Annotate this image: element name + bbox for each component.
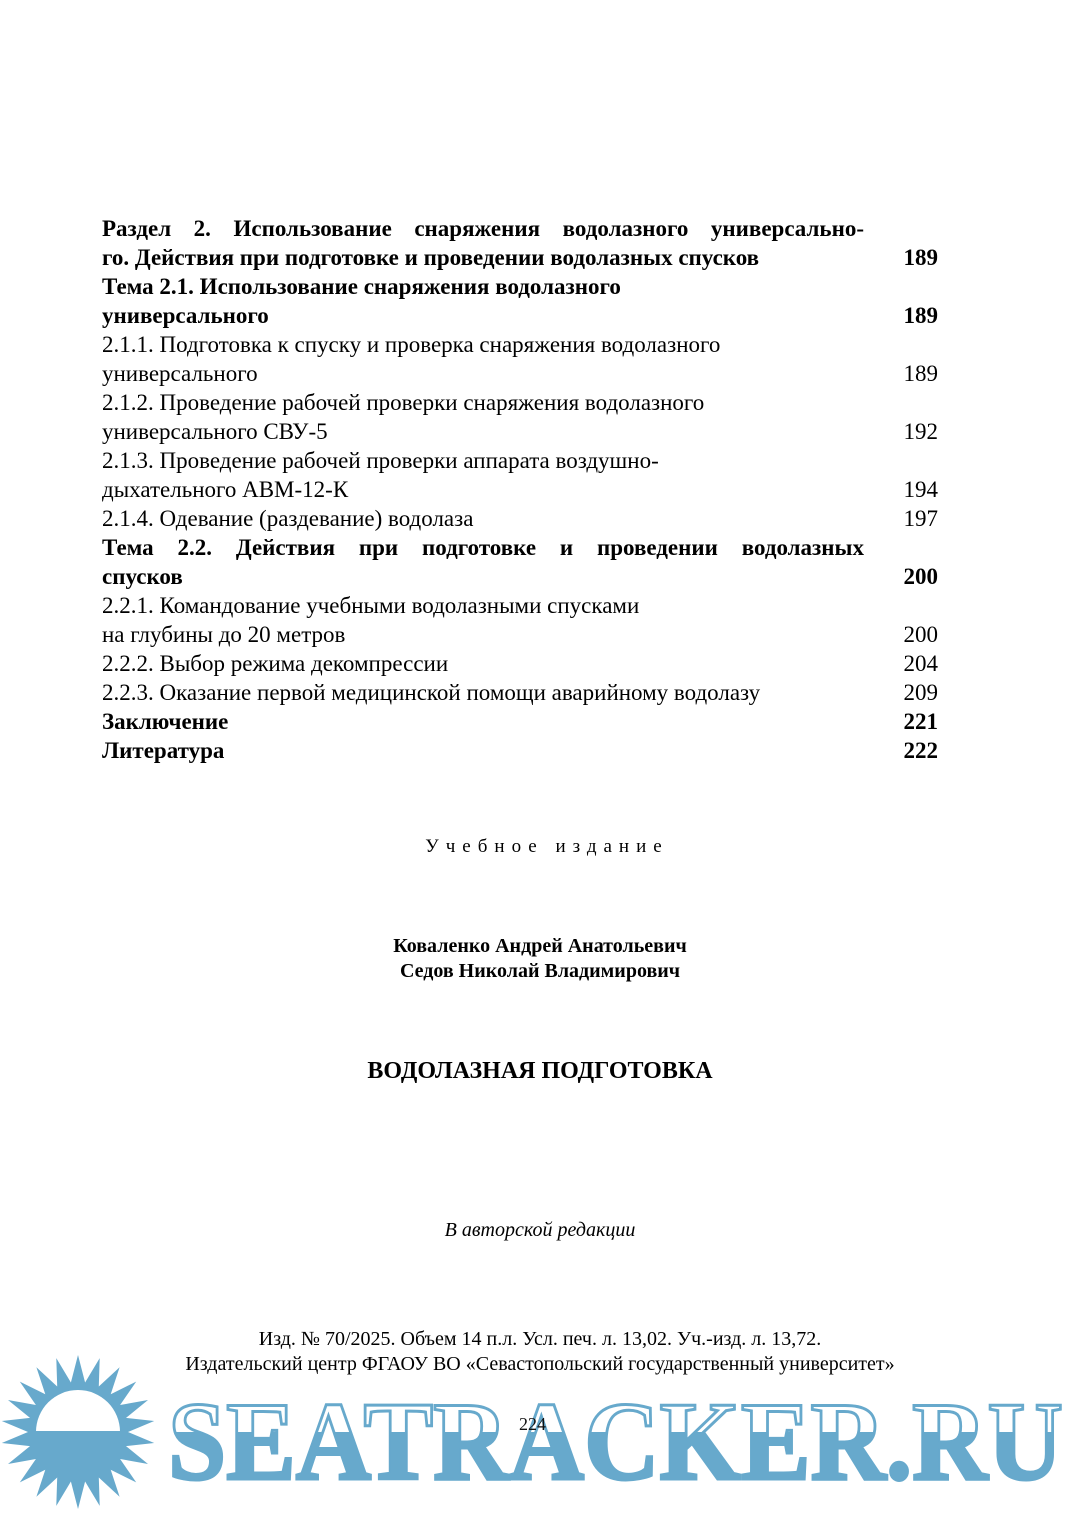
toc-entry: 2.1.1. Подготовка к спуску и проверка сн…	[102, 330, 938, 388]
toc-entry-line: Тема 2.2. Действия при подготовке и пров…	[102, 533, 864, 562]
edition-type: Учебное издание	[0, 836, 1080, 858]
toc-entry-title: 2.2.1. Командование учебными водолазными…	[102, 591, 864, 649]
toc-entry-line: 2.2.3. Оказание первой медицинской помощ…	[102, 678, 864, 707]
toc-entry: Литература222	[102, 736, 938, 765]
toc-entry-line: универсального	[102, 359, 864, 388]
svg-text:SEATRACKER.RU: SEATRACKER.RU	[168, 1380, 1063, 1504]
toc-entry-title: Раздел 2. Использование снаряжения водол…	[102, 214, 864, 272]
page-number: 224	[519, 1414, 546, 1435]
toc-entry-page: 189	[904, 301, 939, 330]
toc-entry-line: 2.2.1. Командование учебными водолазными…	[102, 591, 864, 620]
toc-entry-line: 2.1.3. Проведение рабочей проверки аппар…	[102, 446, 864, 475]
toc-entry: Тема 2.2. Действия при подготовке и пров…	[102, 533, 938, 591]
imprint-line: Изд. № 70/2025. Объем 14 п.л. Усл. печ. …	[0, 1327, 1080, 1352]
toc-entry: 2.1.3. Проведение рабочей проверки аппар…	[102, 446, 938, 504]
toc-entry-title: 2.2.2. Выбор режима декомпрессии	[102, 649, 864, 678]
watermark-text: SEATRACKER.RU SEATRACKER.RU	[168, 1380, 1063, 1504]
toc-entry: Тема 2.1. Использование снаряжения водол…	[102, 272, 938, 330]
svg-text:SEATRACKER.RU: SEATRACKER.RU	[168, 1380, 1063, 1504]
sun-over-sea-icon	[2, 1355, 154, 1509]
toc-entry-line: 2.1.1. Подготовка к спуску и проверка сн…	[102, 330, 864, 359]
toc-entry-line: 2.1.4. Одевание (раздевание) водолаза	[102, 504, 864, 533]
watermark: SEATRACKER.RU SEATRACKER.RU	[0, 1355, 1080, 1515]
toc-entry-title: 2.2.3. Оказание первой медицинской помощ…	[102, 678, 864, 707]
toc-entry-line: универсального	[102, 301, 864, 330]
toc-entry: Раздел 2. Использование снаряжения водол…	[102, 214, 938, 272]
toc-entry: 2.1.4. Одевание (раздевание) водолаза197	[102, 504, 938, 533]
authors: Коваленко Андрей Анатольевич Седов Никол…	[0, 934, 1080, 984]
toc-entry-page: 200	[904, 562, 939, 591]
toc-entry-page: 221	[904, 707, 939, 736]
toc-entry-line: Заключение	[102, 707, 864, 736]
toc-entry-title: 2.1.2. Проведение рабочей проверки снаря…	[102, 388, 864, 446]
toc-entry-line: на глубины до 20 метров	[102, 620, 864, 649]
toc-entry-line: Литература	[102, 736, 864, 765]
toc-entry-line: 2.2.2. Выбор режима декомпрессии	[102, 649, 864, 678]
toc-entry-title: 2.1.4. Одевание (раздевание) водолаза	[102, 504, 864, 533]
toc-entry-title: 2.1.3. Проведение рабочей проверки аппар…	[102, 446, 864, 504]
toc-entry-page: 192	[904, 417, 939, 446]
book-title: ВОДОЛАЗНАЯ ПОДГОТОВКА	[0, 1058, 1080, 1085]
author-name: Седов Николай Владимирович	[0, 959, 1080, 984]
toc-entry-title: Тема 2.1. Использование снаряжения водол…	[102, 272, 864, 330]
toc-entry-page: 209	[904, 678, 939, 707]
toc-entry-page: 197	[904, 504, 939, 533]
toc-entry-page: 194	[904, 475, 939, 504]
toc-entry-title: 2.1.1. Подготовка к спуску и проверка сн…	[102, 330, 864, 388]
toc-entry-page: 222	[904, 736, 939, 765]
toc-entry-title: Литература	[102, 736, 864, 765]
editorial-note: В авторской редакции	[0, 1219, 1080, 1242]
toc-entry-line: спусков	[102, 562, 864, 591]
toc-entry-line: дыхательного АВМ-12-К	[102, 475, 864, 504]
toc-entry-line: Раздел 2. Использование снаряжения водол…	[102, 214, 864, 243]
toc-entry: 2.2.2. Выбор режима декомпрессии204	[102, 649, 938, 678]
toc-entry-page: 189	[904, 243, 939, 272]
toc-entry-line: го. Действия при подготовке и проведении…	[102, 243, 864, 272]
imprint: Изд. № 70/2025. Объем 14 п.л. Усл. печ. …	[0, 1327, 1080, 1377]
toc-entry-title: Тема 2.2. Действия при подготовке и пров…	[102, 533, 864, 591]
toc-entry-line: универсального СВУ-5	[102, 417, 864, 446]
toc-entry-line: Тема 2.1. Использование снаряжения водол…	[102, 272, 864, 301]
toc-entry-line: 2.1.2. Проведение рабочей проверки снаря…	[102, 388, 864, 417]
toc-entry: 2.2.1. Командование учебными водолазными…	[102, 591, 938, 649]
toc-entry-title: Заключение	[102, 707, 864, 736]
toc-entry: 2.1.2. Проведение рабочей проверки снаря…	[102, 388, 938, 446]
toc-entry: Заключение221	[102, 707, 938, 736]
author-name: Коваленко Андрей Анатольевич	[0, 934, 1080, 959]
table-of-contents: Раздел 2. Использование снаряжения водол…	[102, 214, 938, 765]
toc-entry: 2.2.3. Оказание первой медицинской помощ…	[102, 678, 938, 707]
imprint-line: Издательский центр ФГАОУ ВО «Севастополь…	[0, 1352, 1080, 1377]
toc-entry-page: 200	[904, 620, 939, 649]
toc-entry-page: 204	[904, 649, 939, 678]
toc-entry-page: 189	[904, 359, 939, 388]
